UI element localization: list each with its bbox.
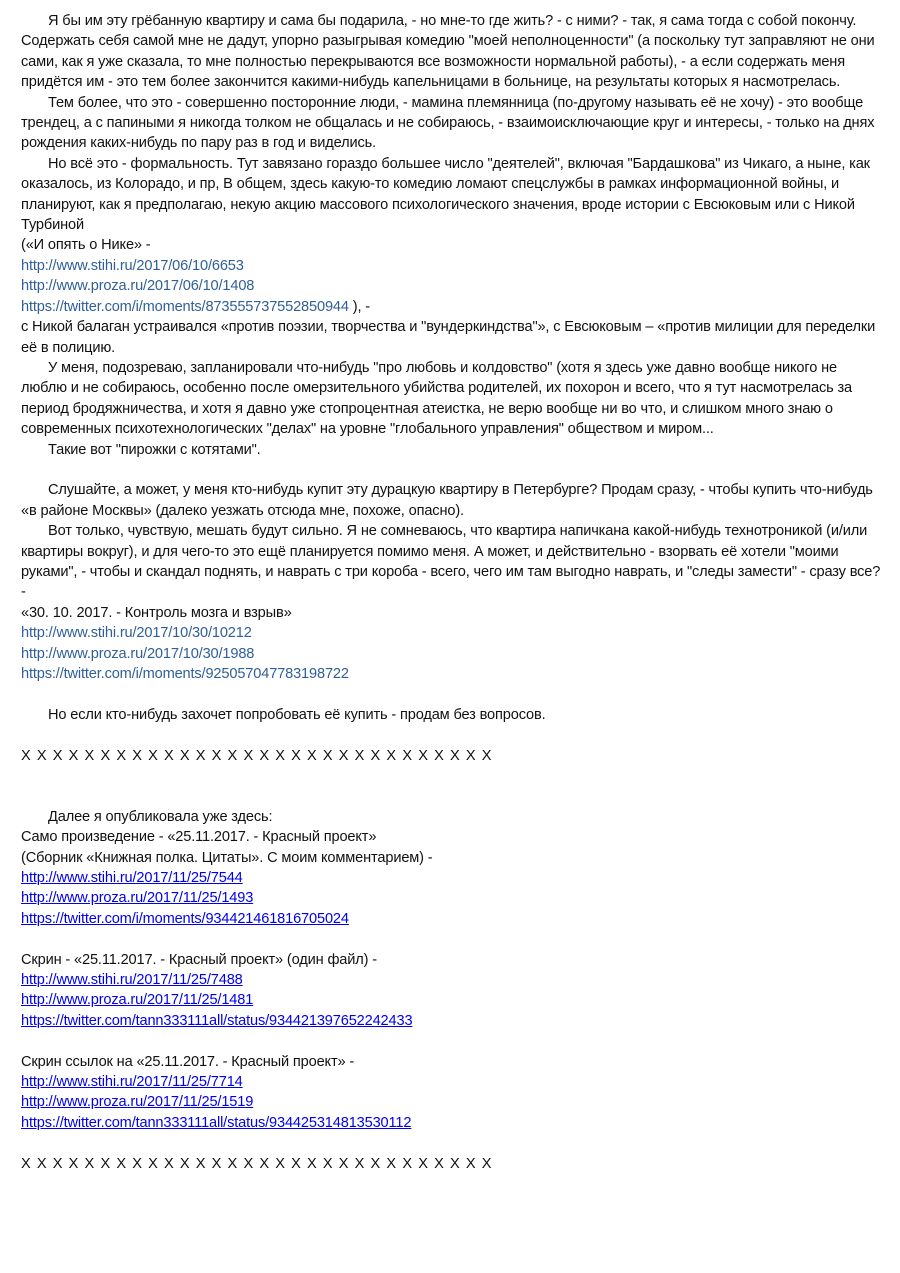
paragraph-love-witchcraft: У меня, подозреваю, запланировали что-ни… — [21, 358, 883, 440]
link-twitter-work[interactable]: https://twitter.com/i/moments/9344214618… — [21, 909, 883, 929]
paragraph-nika-evsyukov: с Никой балаган устраивался «против поэз… — [21, 317, 883, 358]
publication-subtitle: (Сборник «Книжная полка. Цитаты». С моим… — [21, 848, 883, 868]
link-twitter-links-screen[interactable]: https://twitter.com/tann333111all/status… — [21, 1113, 883, 1133]
spacer — [21, 1031, 883, 1051]
spacer — [21, 766, 883, 786]
link-proza-brain-control[interactable]: http://www.proza.ru/2017/10/30/1988 — [21, 644, 883, 664]
spacer — [21, 460, 883, 480]
link-proza-screen[interactable]: http://www.proza.ru/2017/11/25/1481 — [21, 990, 883, 1010]
spacer — [21, 725, 883, 745]
document-body: Я бы им эту грёбанную квартиру и сама бы… — [21, 11, 883, 1174]
separator-line: X X X X X X X X X X X X X X X X X X X X … — [21, 1154, 883, 1174]
spacer — [21, 929, 883, 949]
link-stihi-work[interactable]: http://www.stihi.ru/2017/11/25/7544 — [21, 868, 883, 888]
publication-title: Само произведение - «25.11.2017. - Красн… — [21, 827, 883, 847]
link-proza-work[interactable]: http://www.proza.ru/2017/11/25/1493 — [21, 888, 883, 908]
publication-group-screen: Скрин - «25.11.2017. - Красный проект» (… — [21, 950, 883, 1032]
paragraph-apartment-gift: Я бы им эту грёбанную квартиру и сама бы… — [21, 11, 883, 93]
link-twitter-nika[interactable]: https://twitter.com/i/moments/8735557375… — [21, 299, 349, 315]
link-proza-nika[interactable]: http://www.proza.ru/2017/06/10/1408 — [21, 276, 883, 296]
paragraph-relatives: Тем более, что это - совершенно посторон… — [21, 93, 883, 154]
link-proza-links-screen[interactable]: http://www.proza.ru/2017/11/25/1519 — [21, 1092, 883, 1112]
link-suffix: ), - — [349, 299, 370, 315]
quote-nika-title: («И опять о Нике» - — [21, 235, 883, 255]
separator-line: X X X X X X X X X X X X X X X X X X X X … — [21, 746, 883, 766]
publications-intro: Далее я опубликовала уже здесь: — [21, 807, 883, 827]
spacer — [21, 1133, 883, 1153]
publication-group-links-screen: Скрин ссылок на «25.11.2017. - Красный п… — [21, 1052, 883, 1134]
quote-brain-control-title: «30. 10. 2017. - Контроль мозга и взрыв» — [21, 603, 883, 623]
link-stihi-nika[interactable]: http://www.stihi.ru/2017/06/10/6653 — [21, 256, 883, 276]
publication-title: Скрин - «25.11.2017. - Красный проект» (… — [21, 950, 883, 970]
link-twitter-screen[interactable]: https://twitter.com/tann333111all/status… — [21, 1011, 883, 1031]
spacer — [21, 684, 883, 704]
paragraph-technotronics: Вот только, чувствую, мешать будут сильн… — [21, 521, 883, 603]
paragraph-sell-no-questions: Но если кто-нибудь захочет попробовать е… — [21, 705, 883, 725]
link-stihi-brain-control[interactable]: http://www.stihi.ru/2017/10/30/10212 — [21, 623, 883, 643]
paragraph-pies-kittens: Такие вот "пирожки с котятами". — [21, 440, 883, 460]
publication-title: Скрин ссылок на «25.11.2017. - Красный п… — [21, 1052, 883, 1072]
link-stihi-screen[interactable]: http://www.stihi.ru/2017/11/25/7488 — [21, 970, 883, 990]
paragraph-formality: Но всё это - формальность. Тут завязано … — [21, 154, 883, 236]
link-twitter-brain-control[interactable]: https://twitter.com/i/moments/9250570477… — [21, 664, 883, 684]
link-stihi-links-screen[interactable]: http://www.stihi.ru/2017/11/25/7714 — [21, 1072, 883, 1092]
twitter-nika-line: https://twitter.com/i/moments/8735557375… — [21, 297, 883, 317]
spacer — [21, 786, 883, 806]
paragraph-sell-apartment: Слушайте, а может, у меня кто-нибудь куп… — [21, 480, 883, 521]
publication-group-work: Само произведение - «25.11.2017. - Красн… — [21, 827, 883, 929]
